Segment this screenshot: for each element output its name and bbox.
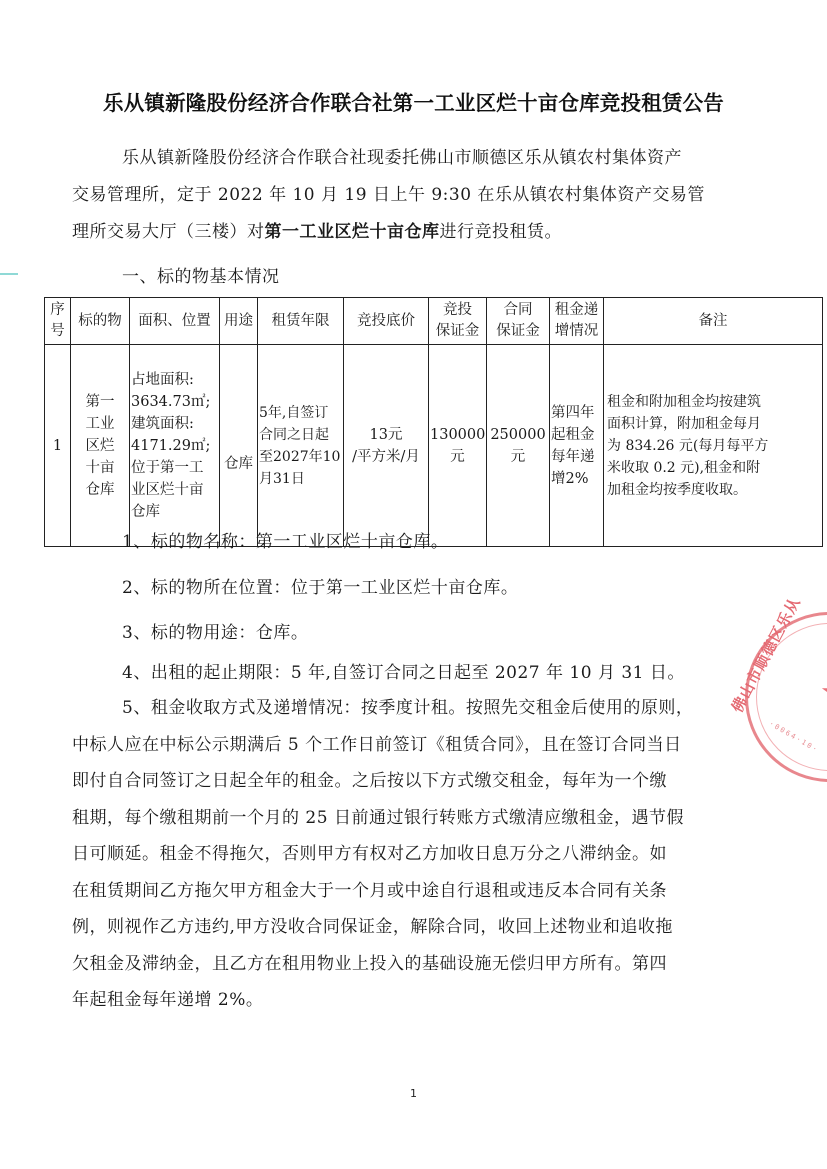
header-use: 用途 <box>220 298 258 345</box>
cell-remarks: 租金和附加租金均按建筑 面积计算，附加租金每月 为 834.26 元(每月每平方… <box>604 345 823 547</box>
property-table: 序号 标的物 面积、位置 用途 租赁年限 竞投底价 竞投保证金 合同保证金 租金… <box>44 297 823 547</box>
header-contract-deposit: 合同保证金 <box>487 298 550 345</box>
cell-base-price: 13元 /平方米/月 <box>344 345 429 547</box>
table-row: 1 第一 工业 区烂 十亩 仓库 占地面积: 3634.73㎡; 建筑面积: 4… <box>45 345 823 547</box>
cell-contract-deposit: 250000 元 <box>487 345 550 547</box>
intro-line-3-pre: 理所交易大厅（三楼）对 <box>72 222 265 242</box>
intro-line-1: 乐从镇新隆股份经济合作联合社现委托佛山市顺德区乐从镇农村集体资产 <box>122 148 682 168</box>
header-object: 标的物 <box>71 298 130 345</box>
cell-use: 仓库 <box>220 345 258 547</box>
item-2: 2、标的物所在位置：位于第一工业区烂十亩仓库。 <box>122 573 518 598</box>
cell-bid-deposit: 130000 元 <box>429 345 487 547</box>
header-rent-increase: 租金递增情况 <box>550 298 604 345</box>
header-bid-deposit: 竞投保证金 <box>429 298 487 345</box>
margin-mark <box>0 273 18 275</box>
page-number: 1 <box>0 1087 827 1100</box>
section-heading-1: 一、标的物基本情况 <box>122 262 280 287</box>
document-title: 乐从镇新隆股份经济合作联合社第一工业区烂十亩仓库竞投租赁公告 <box>0 86 827 116</box>
header-remarks: 备注 <box>604 298 823 345</box>
cell-term: 5年,自签订 合同之日起 至2027年10 月31日 <box>258 345 344 547</box>
intro-line-3-post: 进行竞投租赁。 <box>440 222 563 242</box>
cell-object: 第一 工业 区烂 十亩 仓库 <box>71 345 130 547</box>
star-icon: ★ <box>818 665 827 725</box>
item-4: 4、出租的起止期限：5 年,自签订合同之日起至 2027 年 10 月 31 日… <box>122 658 685 683</box>
header-area-location: 面积、位置 <box>130 298 220 345</box>
header-no: 序号 <box>45 298 71 345</box>
cell-area-location: 占地面积: 3634.73㎡; 建筑面积: 4171.29㎡; 位于第一工 业区… <box>130 345 220 547</box>
cell-rent-increase: 第四年 起租金 每年递 增2% <box>550 345 604 547</box>
cell-no: 1 <box>45 345 71 547</box>
header-base-price: 竞投底价 <box>344 298 429 345</box>
item-1: 1、标的物名称：第一工业区烂十亩仓库。 <box>122 527 448 552</box>
intro-line-3-bold: 第一工业区烂十亩仓库 <box>265 222 440 242</box>
intro-paragraph: 乐从镇新隆股份经济合作联合社现委托佛山市顺德区乐从镇农村集体资产 交易管理所，定… <box>72 140 762 251</box>
table-header-row: 序号 标的物 面积、位置 用途 租赁年限 竞投底价 竞投保证金 合同保证金 租金… <box>45 298 823 345</box>
item-3: 3、标的物用途：仓库。 <box>122 618 308 643</box>
header-term: 租赁年限 <box>258 298 344 345</box>
item-5-paragraph: 5、租金收取方式及递增情况：按季度计租。按照先交租金后使用的原则， 中标人应在中… <box>72 690 762 1019</box>
intro-line-2: 交易管理所，定于 2022 年 10 月 19 日上午 9:30 在乐从镇农村集… <box>72 185 705 205</box>
